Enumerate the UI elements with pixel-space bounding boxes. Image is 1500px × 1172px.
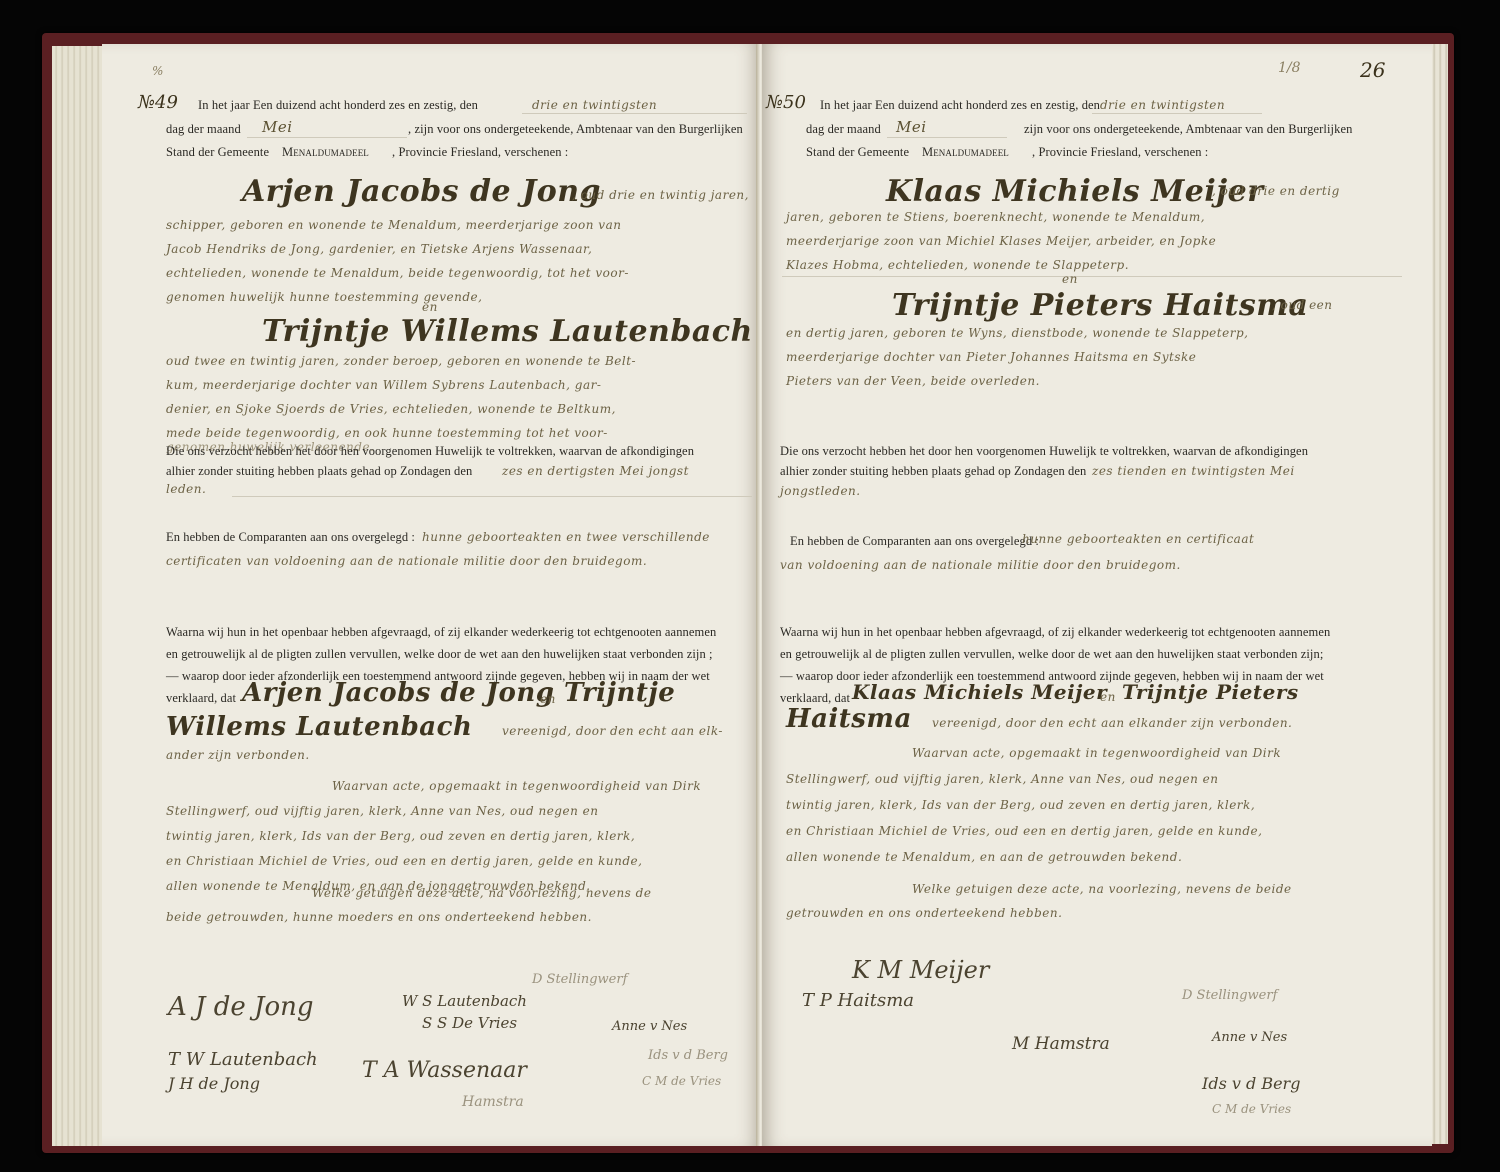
- signature: Hamstra: [462, 1094, 524, 1110]
- signature: K M Meijer: [852, 956, 989, 984]
- month-label: dag der maand: [166, 122, 241, 137]
- request-hand-0: zes tienden en twintigsten Mei: [1092, 464, 1295, 478]
- request-hand-1: jongstleden.: [780, 484, 861, 498]
- witness-line-1: Stellingwerf, oud vijftig jaren, klerk, …: [786, 772, 1218, 786]
- signature: T A Wassenaar: [362, 1058, 527, 1083]
- declaration-hand-1: ander zijn verbonden.: [166, 748, 310, 762]
- intro-line-3a: Stand der Gemeente: [806, 145, 909, 160]
- signature: W S Lautenbach: [402, 992, 527, 1010]
- intro-line-3a: Stand der Gemeente: [166, 145, 269, 160]
- witness-line-3: en Christiaan Michiel de Vries, oud een …: [166, 854, 642, 868]
- folio-number: 26: [1360, 58, 1385, 82]
- page-edges-right: [1430, 44, 1448, 1144]
- declared-and: en: [1100, 690, 1116, 704]
- signature: M Hamstra: [1012, 1034, 1110, 1054]
- month-handwritten: Mei: [896, 118, 927, 136]
- documents-label: En hebben de Comparanten aan ons overgel…: [790, 534, 1039, 549]
- request-hand-0: zes en dertigsten Mei jongst: [502, 464, 689, 478]
- bride-text-0: oud twee en twintig jaren, zonder beroep…: [166, 354, 636, 368]
- day-handwritten: drie en twintigsten: [1100, 98, 1225, 112]
- folio-small: 1/8: [1278, 60, 1301, 76]
- bride-text-3: Pieters van der Veen, beide overleden.: [786, 374, 1040, 388]
- bride-text-1: kum, meerderjarige dochter van Willem Sy…: [166, 378, 601, 392]
- intro-line-2: zijn voor ons ondergeteekende, Ambtenaar…: [1024, 122, 1352, 137]
- declaration-hand-0: vereenigd, door den echt aan elkander zi…: [932, 716, 1292, 730]
- declared-bride-rest: Willems Lautenbach: [166, 712, 472, 742]
- intro-line-1: In het jaar Een duizend acht honderd zes…: [820, 98, 1100, 113]
- signature: C M de Vries: [642, 1074, 721, 1088]
- witness-line-1: Stellingwerf, oud vijftig jaren, klerk, …: [166, 804, 598, 818]
- groom-text-0: , oud drie en dertig: [1212, 184, 1340, 198]
- witness-line-4: allen wonende te Menaldum, en aan de get…: [786, 850, 1182, 864]
- declaration-line-3: verklaard, dat: [166, 691, 236, 706]
- declaration-line-1: en getrouwelijk al de pligten zullen ver…: [166, 647, 713, 662]
- bride-text-3: mede beide tegenwoordig, en ook hunne to…: [166, 426, 608, 440]
- page-edges-left: [52, 46, 102, 1146]
- declared-bride-first: Trijntje: [564, 678, 675, 708]
- month-label: dag der maand: [806, 122, 881, 137]
- request-line-2: alhier zonder stuiting hebben plaats geh…: [780, 464, 1086, 479]
- signature: Anne v Nes: [612, 1019, 687, 1034]
- witness-line-0: Waarvan acte, opgemaakt in tegenwoordigh…: [332, 779, 701, 793]
- groom-text-1: schipper, geboren en wonende te Menaldum…: [166, 218, 621, 232]
- declaration-line-1: en getrouwelijk al de pligten zullen ver…: [780, 647, 1323, 662]
- signature: T W Lautenbach: [168, 1049, 318, 1070]
- request-hand-1: leden.: [166, 482, 206, 496]
- signature: C M de Vries: [1212, 1102, 1291, 1116]
- month-handwritten: Mei: [262, 118, 293, 136]
- closing-line-0: Welke getuigen deze acte, na voorlezing,…: [312, 886, 651, 900]
- documents-hand-1: certificaten van voldoening aan de natio…: [166, 554, 647, 568]
- signature: A J de Jong: [168, 992, 314, 1022]
- groom-text-2: Jacob Hendriks de Jong, gardenier, en Ti…: [166, 242, 592, 256]
- documents-hand-0: hunne geboorteakten en twee verschillend…: [422, 530, 710, 544]
- intro-line-3b: , Provincie Friesland, verschenen :: [1032, 145, 1208, 160]
- closing-line-1: getrouwden en ons onderteekend hebben.: [786, 906, 1062, 920]
- documents-hand-1: van voldoening aan de nationale militie …: [780, 558, 1181, 572]
- groom-text-1: jaren, geboren te Stiens, boerenknecht, …: [786, 210, 1205, 224]
- day-handwritten: drie en twintigsten: [532, 98, 657, 112]
- bride-name: Trijntje Willems Lautenbach: [262, 314, 753, 349]
- bride-text-2: denier, en Sjoke Sjoerds de Vries, echte…: [166, 402, 616, 416]
- municipality: Menaldumadeel: [922, 145, 1009, 160]
- groom-text-2: meerderjarige zoon van Michiel Klases Me…: [786, 234, 1216, 248]
- documents-hand-0: hunne geboorteakten en certificaat: [1022, 532, 1254, 546]
- signature: Ids v d Berg: [648, 1048, 728, 1063]
- declared-groom: Arjen Jacobs de Jong: [242, 678, 554, 708]
- bride-text-2: meerderjarige dochter van Pieter Johanne…: [786, 350, 1196, 364]
- witness-line-3: en Christiaan Michiel de Vries, oud een …: [786, 824, 1262, 838]
- record-number: №50: [766, 92, 806, 113]
- signature: Anne v Nes: [1212, 1030, 1287, 1045]
- intro-line-3b: , Provincie Friesland, verschenen :: [392, 145, 568, 160]
- witness-line-2: twintig jaren, klerk, Ids van der Berg, …: [166, 829, 635, 843]
- bride-text-0: , oud een: [1272, 298, 1333, 312]
- witness-line-0: Waarvan acte, opgemaakt in tegenwoordigh…: [912, 746, 1281, 760]
- request-line-1: Die ons verzocht hebben het door hen voo…: [166, 444, 694, 459]
- bride-name: Trijntje Pieters Haitsma: [892, 288, 1309, 323]
- declared-and: en: [540, 692, 556, 706]
- right-page: 1/8 26 №50 In het jaar Een duizend acht …: [762, 44, 1432, 1146]
- signature: S S De Vries: [422, 1014, 517, 1032]
- signature: Ids v d Berg: [1202, 1074, 1300, 1093]
- corner-mark: %: [152, 64, 163, 78]
- groom-text-0: , oud drie en twintig jaren,: [572, 188, 749, 202]
- witness-line-2: twintig jaren, klerk, Ids van der Berg, …: [786, 798, 1255, 812]
- and-word: en: [1062, 272, 1078, 286]
- request-line-1: Die ons verzocht hebben het door hen voo…: [780, 444, 1308, 459]
- signature: D Stellingwerf: [532, 972, 627, 987]
- and-word: en: [422, 300, 438, 314]
- closing-line-0: Welke getuigen deze acte, na voorlezing,…: [912, 882, 1292, 896]
- declared-groom: Klaas Michiels Meijer: [852, 680, 1107, 704]
- intro-line-1: In het jaar Een duizend acht honderd zes…: [198, 98, 478, 113]
- closing-line-1: beide getrouwden, hunne moeders en ons o…: [166, 910, 592, 924]
- declared-bride-first: Trijntje Pieters: [1122, 680, 1299, 704]
- left-page: % №49 In het jaar Een duizend acht honde…: [102, 44, 760, 1146]
- signature: D Stellingwerf: [1182, 988, 1277, 1003]
- documents-label: En hebben de Comparanten aan ons overgel…: [166, 530, 415, 545]
- declaration-line-0: Waarna wij hun in het openbaar hebben af…: [780, 625, 1330, 640]
- declaration-line-0: Waarna wij hun in het openbaar hebben af…: [166, 625, 716, 640]
- groom-text-3: echtelieden, wonende te Menaldum, beide …: [166, 266, 629, 280]
- bride-text-1: en dertig jaren, geboren te Wyns, dienst…: [786, 326, 1248, 340]
- intro-line-2: , zijn voor ons ondergeteekende, Ambtena…: [408, 122, 743, 137]
- signature: T P Haitsma: [802, 990, 914, 1011]
- groom-text-3: Klazes Hobma, echtelieden, wonende te Sl…: [786, 258, 1129, 272]
- declared-bride-rest: Haitsma: [786, 704, 912, 734]
- declaration-hand-0: vereenigd, door den echt aan elk-: [502, 724, 723, 738]
- groom-name: Arjen Jacobs de Jong: [242, 174, 601, 209]
- groom-name: Klaas Michiels Meijer: [886, 174, 1264, 209]
- signature: J H de Jong: [168, 1074, 260, 1093]
- municipality: Menaldumadeel: [282, 145, 369, 160]
- record-number: №49: [138, 92, 178, 113]
- request-line-2: alhier zonder stuiting hebben plaats geh…: [166, 464, 472, 479]
